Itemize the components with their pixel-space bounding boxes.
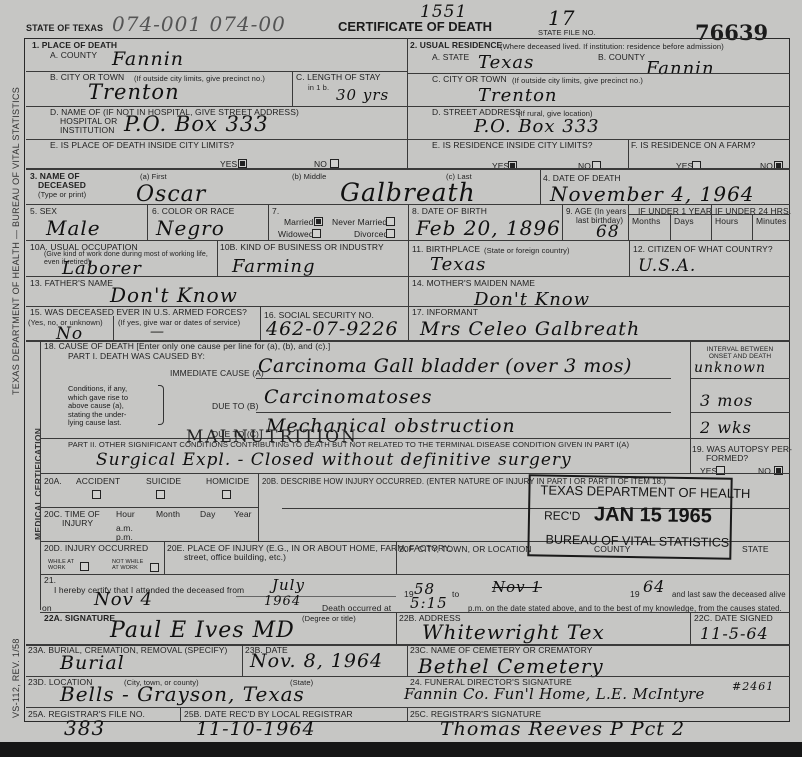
days-label: Days [674, 217, 694, 226]
burial-date: Nov. 8, 1964 [250, 650, 383, 672]
death-hospital-address: P.O. Box 333 [124, 112, 269, 136]
father-name: Don't Know [110, 283, 238, 307]
burial-method: Burial [60, 652, 125, 674]
conditions-hint: Conditions, if any, which gave rise to a… [68, 385, 128, 428]
injury-state-label: STATE [742, 545, 769, 554]
armed-hint2: (If yes, give war or dates of service) [118, 318, 240, 327]
res-inside-limits-label: e. IS RESIDENCE INSIDE CITY LIMITS? [432, 141, 593, 150]
degree-label: (Degree or title) [302, 614, 356, 623]
months-label: Months [632, 217, 660, 226]
res-city-label: c. CITY OR TOWN [432, 75, 507, 84]
year-prefix2: 19 [630, 590, 640, 599]
residence-hint: (Where deceased lived. If institution: r… [500, 42, 724, 51]
dob-label: 8. DATE OF BIRTH [412, 207, 487, 216]
last-seen-year: 1964 [264, 594, 301, 609]
minutes-label: Minutes [756, 217, 786, 226]
funeral-director-number: #2461 [732, 680, 774, 693]
length-of-stay: 30 yrs [336, 86, 389, 104]
not-while-at-work-label: NOT WHILE AT WORK [112, 559, 146, 571]
date-of-death: November 4, 1964 [550, 182, 755, 206]
physician-address: Whitewright Tex [422, 620, 605, 644]
while-at-work-label: WHILE AT WORK [48, 559, 76, 571]
state-file-label: STATE FILE NO. [538, 28, 596, 37]
stamp-recd: REC'D [544, 509, 581, 524]
deceased-race: Negro [156, 216, 225, 240]
cert-num: 21. [44, 576, 56, 585]
stay-hint: in 1 b. [308, 83, 329, 92]
physician-signature: Paul E Ives MD [110, 618, 295, 643]
race-label: 6. COLOR OR RACE [152, 207, 234, 216]
residence-state: Texas [478, 52, 534, 73]
state-of-texas: STATE OF TEXAS [26, 24, 103, 33]
res-county-label: b. COUNTY [598, 53, 645, 62]
autopsy-label2: FORMED? [706, 454, 748, 463]
res-city-hint: (If outside city limits, give precinct n… [512, 76, 643, 85]
burial-location: Bells - Grayson, Texas [60, 682, 305, 706]
manner-label: 20a. [44, 477, 62, 486]
conditions-brace [158, 385, 164, 425]
date-signed: 11-5-64 [700, 624, 769, 643]
immediate-cause: Carcinoma Gall bladder (over 3 mos) [258, 355, 632, 377]
county-label: a. COUNTY [50, 51, 97, 60]
other-conditions: Surgical Expl. - Closed without definiti… [96, 450, 572, 470]
certificate-title: CERTIFICATE OF DEATH [338, 19, 492, 34]
side-margin-agency: TEXAS DEPARTMENT OF HEALTH — BUREAU OF V… [11, 87, 21, 395]
part1-label: PART I. DEATH WAS CAUSED BY: [68, 352, 205, 361]
inside-limits-label: e. IS PLACE OF DEATH INSIDE CITY LIMITS? [50, 141, 234, 150]
handwritten-codes: 074-001 074-00 [112, 12, 286, 36]
date-signed-label: 22c. DATE SIGNED [694, 614, 773, 623]
deceased-sex: Male [46, 216, 101, 240]
mother-label: 14. MOTHER'S MAIDEN NAME [412, 279, 535, 288]
death-city: Trenton [88, 80, 180, 104]
age: 68 [596, 222, 620, 242]
suicide-checkbox[interactable] [156, 490, 165, 499]
immediate-cause-label: IMMEDIATE CAUSE (a) [170, 369, 264, 378]
death-time: 5:15 [410, 594, 448, 612]
interval-label: INTERVAL BETWEEN ONSET AND DEATH [700, 346, 780, 360]
registrar-file-number: 383 [64, 716, 105, 740]
armed-service: — [150, 324, 165, 340]
under-24-label: IF UNDER 24 HRS. [715, 207, 791, 216]
first-name-label: (a) First [140, 172, 167, 181]
birthplace-hint: (State or foreign country) [484, 246, 570, 255]
middle-name-label: (b) Middle [292, 172, 326, 181]
divorced-label: Divorced [354, 230, 388, 239]
injury-occurred-label: 20d. INJURY OCCURRED [44, 544, 148, 553]
armed-forces-label: 15. WAS DECEASED EVER IN U.S. ARMED FORC… [30, 308, 247, 317]
usual-residence-label: 2. USUAL RESIDENCE [410, 41, 502, 50]
scan-bottom-edge [0, 742, 802, 757]
handwritten-top-number: 1551 [420, 2, 467, 22]
stay-label: c. LENGTH OF STAY [296, 73, 381, 82]
widowed-label: Widowed [278, 230, 314, 239]
accident-label: ACCIDENT [76, 477, 120, 486]
place-of-injury-label2: street, office building, etc.) [184, 553, 286, 562]
sex-label: 5. SEX [30, 207, 57, 216]
never-married-checkbox[interactable] [386, 217, 395, 226]
suicide-label: SUICIDE [146, 477, 181, 486]
father-label: 13. FATHER'S NAME [30, 279, 113, 288]
time-of-injury-label2: INJURY [62, 519, 93, 528]
due-to-b: Carcinomatoses [264, 386, 433, 408]
burial-method-label: 23a. BURIAL, CREMATION, REMOVAL (Specify… [28, 646, 227, 655]
social-security-number: 462-07-9226 [266, 318, 399, 340]
date-of-birth: Feb 20, 1896 [416, 216, 561, 240]
yes-label: YES [700, 467, 717, 476]
farm-label: f. IS RESIDENCE ON A FARM? [631, 141, 755, 150]
citizen: U.S.A. [638, 256, 696, 276]
age-label: 9. AGE (In years [566, 207, 626, 216]
signature-label: 22a. SIGNATURE [44, 614, 115, 623]
cert-line1-end: and last saw the deceased alive [672, 590, 786, 599]
residence-city: Trenton [478, 85, 558, 106]
day-label: Day [200, 510, 215, 519]
interval-a: unknown [694, 360, 766, 376]
res-state-label: a. STATE [432, 53, 469, 62]
name-hint: (Type or print) [38, 190, 86, 199]
state-file-handwritten: 17 [548, 6, 575, 30]
year-label: Year [234, 510, 252, 519]
citizen-label: 12. CITIZEN OF WHAT COUNTRY? [633, 245, 773, 254]
homicide-checkbox[interactable] [222, 490, 231, 499]
homicide-label: HOMICIDE [206, 477, 249, 486]
no-label: NO [758, 467, 771, 476]
married-checkbox[interactable] [314, 217, 323, 226]
injury-city-label: 20f. CITY, TOWN, OR LOCATION [399, 545, 532, 554]
married-label: Married [284, 218, 314, 227]
part2-overwrite: MALNUTRITION [186, 427, 358, 447]
hour-label: Hour [116, 510, 135, 519]
attended-to-date: Nov 1 [492, 578, 542, 596]
interval-c: 2 wks [700, 418, 752, 437]
widowed-checkbox[interactable] [312, 229, 321, 238]
registrar-signature: Thomas Reeves P Pct 2 [440, 718, 685, 740]
deceased-last-name: Galbreath [340, 178, 476, 207]
due-b-label: DUE TO (b) [212, 402, 259, 411]
received-stamp: TEXAS DEPARTMENT OF HEALTH REC'D JAN 15 … [527, 474, 732, 560]
never-married-label: Never Married [332, 218, 387, 227]
last-seen-date: Nov 4 [94, 589, 153, 610]
stamp-bureau: BUREAU OF VITAL STATISTICS [545, 533, 729, 550]
attended-to-year: 64 [643, 577, 665, 596]
attended-from-month: July [272, 576, 305, 594]
while-at-work-checkbox[interactable] [80, 562, 89, 571]
informant: Mrs Celeo Galbreath [420, 318, 640, 340]
month-label: Month [156, 510, 180, 519]
residence-street: P.O. Box 333 [474, 116, 600, 137]
business-label: 10b. KIND OF BUSINESS OR INDUSTRY [220, 243, 384, 252]
funeral-director: Fannin Co. Fun'l Home, L.E. McIntyre [404, 685, 705, 703]
informant-label: 17. INFORMANT [412, 308, 478, 317]
birthplace-label: 11. BIRTHPLACE [412, 245, 480, 254]
accident-checkbox[interactable] [92, 490, 101, 499]
stamp-department: TEXAS DEPARTMENT OF HEALTH [540, 482, 750, 501]
side-margin-form-rev: VS-112, REV. 1/58 [11, 638, 21, 718]
death-inside-limits-no-checkbox[interactable] [330, 159, 339, 168]
death-inside-limits-yes-checkbox[interactable] [238, 159, 247, 168]
business: Farming [232, 256, 316, 277]
place-of-death-label: 1. PLACE OF DEATH [32, 41, 117, 50]
not-while-at-work-checkbox[interactable] [150, 563, 159, 572]
death-county: Fannin [112, 48, 184, 70]
hospital-label3: INSTITUTION [60, 126, 114, 135]
interval-b: 3 mos [700, 391, 753, 410]
divorced-checkbox[interactable] [386, 229, 395, 238]
local-registrar-date: 11-10-1964 [196, 718, 316, 740]
stamp-date: JAN 15 1965 [594, 503, 712, 528]
name-label2: DECEASED [38, 181, 86, 190]
birthplace: Texas [430, 254, 486, 275]
residence-county: Fannin [646, 58, 715, 79]
to-label: to [452, 590, 459, 599]
death-certificate: TEXAS DEPARTMENT OF HEALTH — BUREAU OF V… [0, 0, 802, 742]
marital-label: 7. [272, 207, 279, 216]
cemetery: Bethel Cemetery [418, 654, 604, 678]
hours-label: Hours [715, 217, 738, 226]
cause-label: 18. CAUSE OF DEATH [Enter only one cause… [44, 342, 330, 351]
